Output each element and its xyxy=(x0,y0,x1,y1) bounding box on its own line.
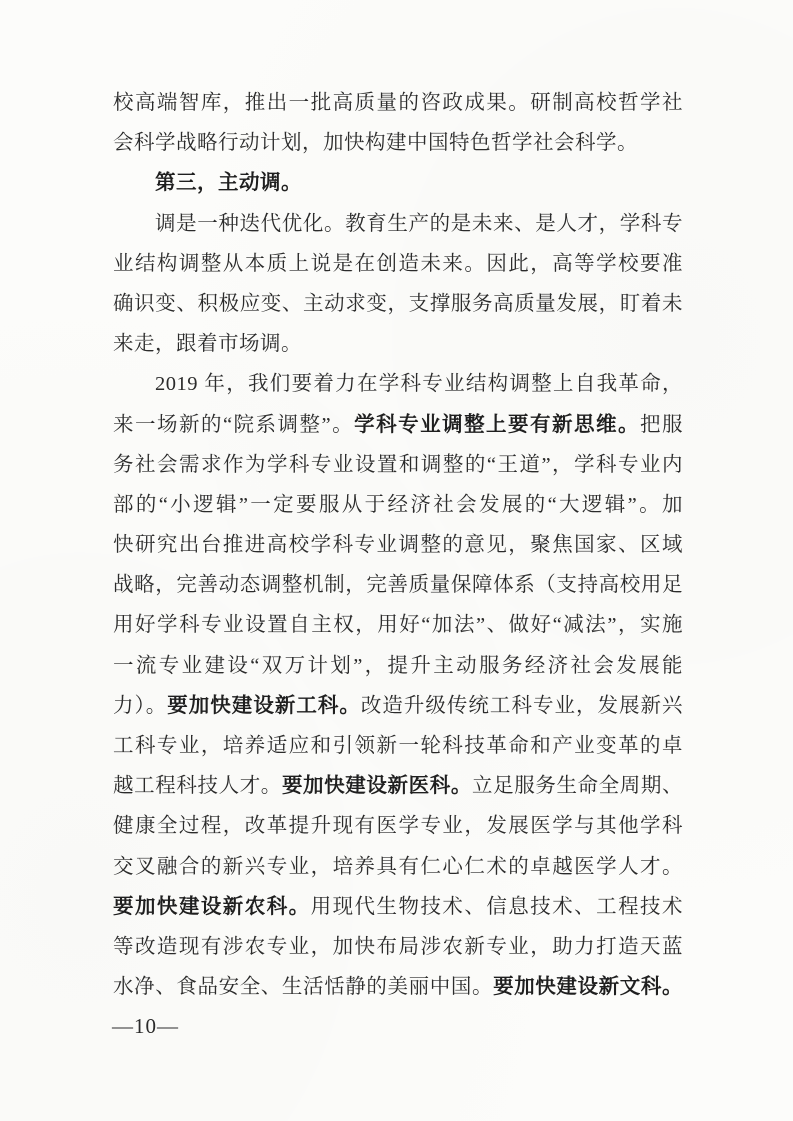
text-line: 校高端智库，推出一批高质量的咨政成果。研制高校哲学社 xyxy=(113,83,683,123)
body-text: 校高端智库，推出一批高质量的咨政成果。研制高校哲学社 xyxy=(113,92,683,114)
text-line: 会科学战略行动计划，加快构建中国特色哲学社会科学。 xyxy=(113,123,683,163)
text-line: 调是一种迭代优化。教育生产的是未来、是人才，学科专 xyxy=(113,204,683,244)
text-line: 力）。要加快建设新工科。改造升级传统工科专业，发展新兴 xyxy=(113,686,683,726)
body-text: 等改造现有涉农专业，加快布局涉农新专业，助力打造天蓝 xyxy=(113,936,683,958)
body-text: 确识变、积极应变、主动求变，支撑服务高质量发展，盯着未 xyxy=(113,293,683,315)
text-line: 业结构调整从本质上说是在创造未来。因此，高等学校要准 xyxy=(113,244,683,284)
body-text: 来走，跟着市场调。 xyxy=(113,333,302,355)
emphasis-text: 第三，主动调。 xyxy=(155,172,302,194)
body-text: 部的“小逻辑”一定要服从于经济社会发展的“大逻辑”。加 xyxy=(113,494,683,516)
text-line: 部的“小逻辑”一定要服从于经济社会发展的“大逻辑”。加 xyxy=(113,485,683,525)
text-line: 交叉融合的新兴专业，培养具有仁心仁术的卓越医学人才。 xyxy=(113,847,683,887)
text-line: 健康全过程，改革提升现有医学专业，发展医学与其他学科 xyxy=(113,806,683,846)
body-text: 来一场新的“院系调整”。 xyxy=(113,414,354,436)
text-line: 2019 年，我们要着力在学科专业结构调整上自我革命， xyxy=(113,364,683,404)
text-line: 工科专业，培养适应和引领新一轮科技革命和产业变革的卓 xyxy=(113,726,683,766)
body-text: 业结构调整从本质上说是在创造未来。因此，高等学校要准 xyxy=(113,253,683,275)
body-text: 战略，完善动态调整机制，完善质量保障体系（支持高校用足 xyxy=(113,574,683,596)
emphasis-text: 学科专业调整上要有新思维。 xyxy=(354,414,640,436)
body-text: 水净、食品安全、生活恬静的美丽中国。 xyxy=(113,976,493,998)
text-line: 来一场新的“院系调整”。学科专业调整上要有新思维。把服 xyxy=(113,405,683,445)
text-line: 等改造现有涉农专业，加快布局涉农新专业，助力打造天蓝 xyxy=(113,927,683,967)
text-line: 用好学科专业设置自主权，用好“加法”、做好“减法”，实施 xyxy=(113,605,683,645)
body-text: 2019 年，我们要着力在学科专业结构调整上自我革命， xyxy=(155,373,683,395)
text-line: 来走，跟着市场调。 xyxy=(113,324,683,364)
body-text: 快研究出台推进高校学科专业调整的意见，聚焦国家、区域 xyxy=(113,534,683,556)
body-text: 一流专业建设“双万计划”，提升主动服务经济社会发展能 xyxy=(113,655,683,677)
body-text: 立足服务生命全周期、 xyxy=(472,775,683,797)
document-page: 校高端智库，推出一批高质量的咨政成果。研制高校哲学社会科学战略行动计划，加快构建… xyxy=(0,0,793,1121)
body-text: 把服 xyxy=(640,414,683,436)
text-block: 校高端智库，推出一批高质量的咨政成果。研制高校哲学社会科学战略行动计划，加快构建… xyxy=(113,83,683,1007)
body-text: 调是一种迭代优化。教育生产的是未来、是人才，学科专 xyxy=(155,213,683,235)
body-text: 用现代生物技术、信息技术、工程技术 xyxy=(311,896,683,918)
body-text: 用好学科专业设置自主权，用好“加法”、做好“减法”，实施 xyxy=(113,614,683,636)
emphasis-text: 要加快建设新医科。 xyxy=(282,775,472,797)
emphasis-text: 要加快建设新工科。 xyxy=(167,695,361,717)
body-text: 会科学战略行动计划，加快构建中国特色哲学社会科学。 xyxy=(113,132,638,154)
body-text: 力）。 xyxy=(113,695,167,717)
body-text: 健康全过程，改革提升现有医学专业，发展医学与其他学科 xyxy=(113,815,683,837)
page-number: —10— xyxy=(112,1006,179,1046)
body-text: 交叉融合的新兴专业，培养具有仁心仁术的卓越医学人才。 xyxy=(113,856,683,878)
body-text: 工科专业，培养适应和引领新一轮科技革命和产业变革的卓 xyxy=(113,735,683,757)
text-line: 第三，主动调。 xyxy=(113,163,683,203)
text-line: 要加快建设新农科。用现代生物技术、信息技术、工程技术 xyxy=(113,887,683,927)
emphasis-text: 要加快建设新文科。 xyxy=(493,976,683,998)
text-line: 战略，完善动态调整机制，完善质量保障体系（支持高校用足 xyxy=(113,565,683,605)
text-line: 一流专业建设“双万计划”，提升主动服务经济社会发展能 xyxy=(113,646,683,686)
text-line: 确识变、积极应变、主动求变，支撑服务高质量发展，盯着未 xyxy=(113,284,683,324)
body-text: 改造升级传统工科专业，发展新兴 xyxy=(361,695,683,717)
text-line: 越工程科技人才。要加快建设新医科。立足服务生命全周期、 xyxy=(113,766,683,806)
text-line: 务社会需求作为学科专业设置和调整的“王道”，学科专业内 xyxy=(113,445,683,485)
text-line: 水净、食品安全、生活恬静的美丽中国。要加快建设新文科。 xyxy=(113,967,683,1007)
body-text: 越工程科技人才。 xyxy=(113,775,282,797)
text-line: 快研究出台推进高校学科专业调整的意见，聚焦国家、区域 xyxy=(113,525,683,565)
emphasis-text: 要加快建设新农科。 xyxy=(113,896,311,918)
body-text: 务社会需求作为学科专业设置和调整的“王道”，学科专业内 xyxy=(113,454,683,476)
